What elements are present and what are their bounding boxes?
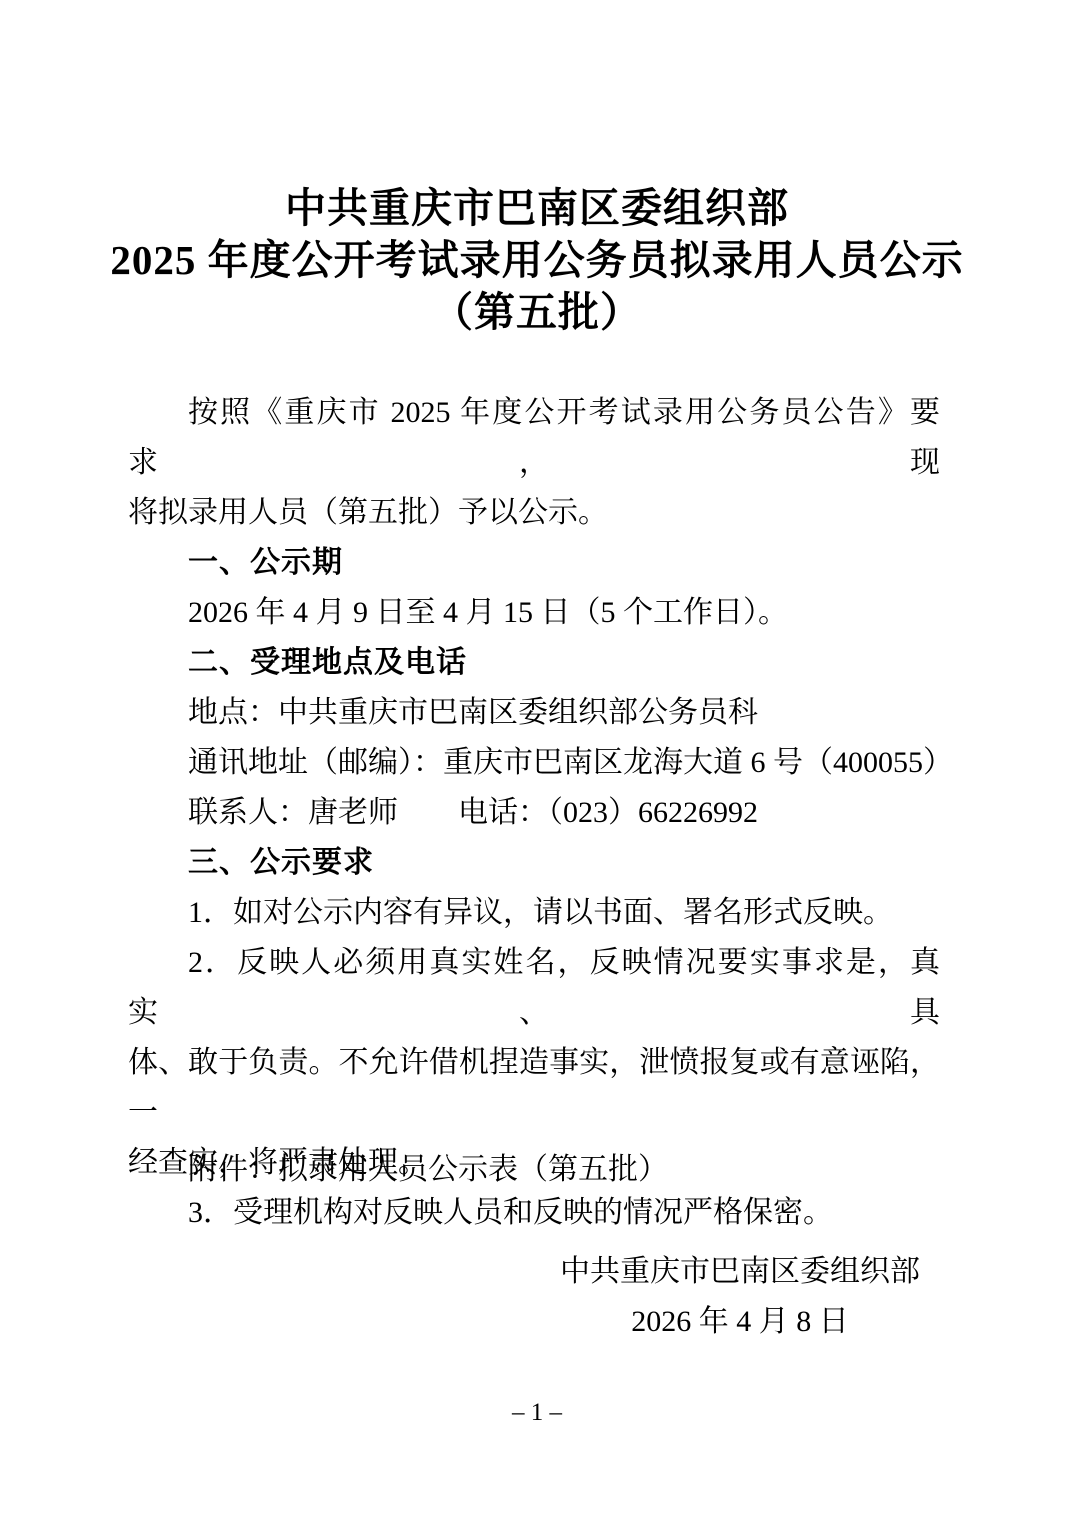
- section-3-heading: 三、公示要求: [128, 838, 940, 888]
- signature-org: 中共重庆市巴南区委组织部: [540, 1247, 940, 1297]
- title-line-1: 中共重庆市巴南区委组织部: [0, 182, 1074, 234]
- title-line-2: 2025 年度公开考试录用公务员拟录用人员公示: [0, 234, 1074, 286]
- signature-date: 2026 年 4 月 8 日: [540, 1297, 940, 1347]
- section-2-location: 地点：中共重庆市巴南区委组织部公务员科: [128, 688, 940, 738]
- page-number: – 1 –: [0, 1396, 1074, 1430]
- document-page: 中共重庆市巴南区委组织部 2025 年度公开考试录用公务员拟录用人员公示 （第五…: [0, 0, 1074, 1520]
- section-2-contact: 联系人：唐老师 电话：（023）66226992: [128, 788, 940, 838]
- intro-line-2: 将拟录用人员（第五批）予以公示。: [128, 488, 940, 538]
- section-2-heading: 二、受理地点及电话: [128, 638, 940, 688]
- section-3-item-2-line-2: 体、敢于负责。不允许借机捏造事实，泄愤报复或有意诬陷，一: [128, 1038, 940, 1138]
- section-3-item-1: 1．如对公示内容有异议，请以书面、署名形式反映。: [128, 888, 940, 938]
- section-1-heading: 一、公示期: [128, 538, 940, 588]
- section-3-item-3: 3．受理机构对反映人员和反映的情况严格保密。: [128, 1188, 940, 1238]
- intro-line-1: 按照《重庆市 2025 年度公开考试录用公务员公告》要求，现: [128, 388, 940, 488]
- document-title: 中共重庆市巴南区委组织部 2025 年度公开考试录用公务员拟录用人员公示 （第五…: [0, 182, 1074, 338]
- section-1-period: 2026 年 4 月 9 日至 4 月 15 日（5 个工作日）。: [128, 588, 940, 638]
- attachment-note: 附件：拟录用人员公示表（第五批）: [128, 1145, 940, 1195]
- section-2-address: 通讯地址（邮编）：重庆市巴南区龙海大道 6 号（400055）: [128, 738, 940, 788]
- signature-block: 中共重庆市巴南区委组织部 2026 年 4 月 8 日: [540, 1247, 940, 1347]
- title-line-3: （第五批）: [0, 286, 1074, 338]
- document-body: 按照《重庆市 2025 年度公开考试录用公务员公告》要求，现 将拟录用人员（第五…: [128, 388, 940, 1238]
- section-3-item-2-line-1: 2．反映人必须用真实姓名，反映情况要实事求是，真实、具: [128, 938, 940, 1038]
